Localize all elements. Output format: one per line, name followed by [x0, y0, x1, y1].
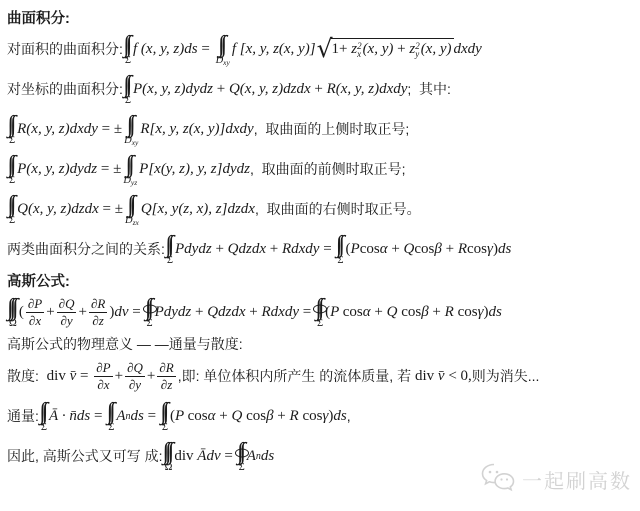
- math-italic: R: [445, 304, 458, 321]
- math-fraction: ∂R∂z: [157, 361, 175, 392]
- math-italic: dv: [114, 304, 128, 321]
- integral-operator: ∫∫Σ: [9, 114, 15, 145]
- integral-stroke-icon: ∫: [107, 401, 114, 424]
- math-italic: P: [330, 304, 343, 321]
- integral-operator: ∫∫Σ: [239, 441, 245, 472]
- formula-coordinate-surface-integral: 对坐标的曲面积分:∫∫ΣP(x, y, z)dydz + Q(x, y, z)d…: [7, 69, 634, 109]
- text-run: 高斯公式:: [7, 270, 70, 291]
- math-roman: +: [78, 304, 86, 321]
- formula-gauss: ∫∫∫Ω(∂P∂x+∂Q∂y+∂R∂z)dv = ∫∫ΣPdydz + Qdzd…: [7, 292, 634, 332]
- formula-divergence: 散度: div v̄ = ∂P∂x+∂Q∂y+∂R∂z,即: 单位体积内所产生 …: [7, 356, 634, 396]
- math-roman: = ±: [98, 121, 122, 138]
- text-run: 高斯公式的物理意义 — —通量与散度:: [7, 334, 243, 354]
- text-run: 因此, 高斯公式又可写 成:: [7, 446, 163, 466]
- integral-operator: ∫∫Dzx: [125, 194, 139, 225]
- integral-operator: ∫∫Σ: [167, 234, 173, 265]
- integral-stroke-icon: ∫: [8, 114, 15, 137]
- math-roman: +: [219, 408, 231, 425]
- math-roman: =: [198, 41, 214, 58]
- watermark-label: 一起刷高数: [522, 465, 632, 494]
- math-roman: =: [90, 408, 106, 425]
- math-italic: R[x, y, z(x, y)]dxdy: [140, 121, 253, 138]
- math-fraction: ∂P∂x: [26, 297, 44, 328]
- math-roman: =: [221, 448, 237, 465]
- math-italic: (x, y): [363, 41, 394, 58]
- text-run: 两类曲面积分之间的关系:: [7, 239, 165, 259]
- fraction-numerator: ∂R: [157, 361, 175, 377]
- fraction-denominator: ∂x: [97, 377, 109, 392]
- math-italic: v̄: [438, 368, 445, 385]
- integral-operator: ∫∫Dxy: [216, 34, 230, 65]
- integral-operator: ∫∫Σ: [337, 234, 343, 265]
- text-run: 通量:: [7, 406, 39, 426]
- math-italic: ds: [131, 408, 144, 425]
- math-roman: div: [47, 368, 70, 385]
- math-italic: Pdydz: [175, 241, 212, 258]
- text-run: 对面积的曲面积分:: [7, 39, 123, 59]
- integral-glyph-icon: ∫∫: [10, 154, 14, 177]
- math-roman: =: [128, 304, 144, 321]
- integral-stroke-icon: ∫: [127, 114, 134, 137]
- text-run: ,: [347, 408, 351, 424]
- integral-stroke-icon: ∫: [163, 441, 170, 464]
- math-italic: v̄: [70, 368, 77, 385]
- math-italic: Rdxdy: [262, 304, 299, 321]
- integral-glyph-icon: ∫∫: [109, 401, 113, 424]
- integral-stroke-icon: ∫: [218, 34, 225, 57]
- math-sup-sub-stack: 2x: [357, 42, 362, 58]
- math-italic: α: [208, 408, 220, 425]
- integral-stroke-icon: ∫: [160, 401, 167, 424]
- math-italic: Qdzdx: [207, 304, 245, 321]
- integral-operator: ∫∫Σ: [41, 401, 47, 432]
- math-roman: (: [19, 304, 24, 321]
- fraction-numerator: ∂P: [26, 297, 44, 313]
- document-body: 曲面积分:对面积的曲面积分:∫∫Σf (x, y, z)ds = ∫∫Dxyf …: [0, 0, 640, 511]
- math-italic: Q[x, y(z, x), z]dzdx: [141, 201, 255, 218]
- math-italic: α: [380, 241, 392, 258]
- math-roman: +: [191, 304, 207, 321]
- integral-glyph-icon: ∫∫∫: [168, 441, 170, 464]
- math-italic: ds: [261, 448, 274, 465]
- integral-operator: ∫∫Σ: [125, 34, 131, 65]
- math-roman: div: [415, 368, 438, 385]
- integral-glyph-icon: ∫∫: [126, 34, 130, 57]
- text-run: 对坐标的曲面积分:: [7, 79, 123, 99]
- math-roman: div: [174, 448, 197, 465]
- formula-flux: 通量:∫∫ΣĀ · n̄ds = ∫∫ΣAnds = ∫∫Σ(P cosα + …: [7, 396, 634, 436]
- math-subscript: x: [357, 50, 361, 58]
- formula-area-surface-integral: 对面积的曲面积分:∫∫Σf (x, y, z)ds = ∫∫Dxyf [x, y…: [7, 29, 634, 69]
- math-italic: Q(x, y, z)dzdx: [17, 201, 99, 218]
- math-italic: ds: [498, 241, 511, 258]
- math-italic: f (x, y, z)ds: [133, 41, 198, 58]
- integral-limit-subscript: zx: [133, 218, 139, 227]
- math-italic: β: [434, 241, 445, 258]
- integral-operator: ∫∫Σ: [146, 297, 152, 328]
- math-roman: +: [277, 408, 289, 425]
- integral-glyph-icon: ∫∫: [129, 114, 133, 137]
- math-italic: P: [175, 408, 188, 425]
- math-roman: =: [319, 241, 335, 258]
- formula-r-dxdy-upper-side: ∫∫ΣR(x, y, z)dxdy = ±∫∫DxyR[x, y, z(x, y…: [7, 109, 634, 149]
- closed-contour-circle-icon: [143, 304, 157, 313]
- math-italic: Ā · n̄ds: [49, 408, 90, 425]
- integral-operator: ∫∫Σ: [317, 297, 323, 328]
- math-roman: 1+: [332, 41, 352, 58]
- closed-contour-circle-icon: [313, 304, 327, 313]
- integral-operator: ∫∫Σ: [108, 401, 114, 432]
- math-roman: +: [432, 304, 444, 321]
- math-italic: P: [351, 241, 360, 258]
- math-roman: +: [446, 241, 458, 258]
- fraction-denominator: ∂y: [129, 377, 141, 392]
- text-run: ,即: 单位体积内所产生 的流体质量, 若: [178, 366, 415, 386]
- integral-operator: ∫∫Σ: [9, 194, 15, 225]
- math-italic: R(x, y, z)dxdy: [17, 121, 98, 138]
- integral-operator: ∫∫∫Ω: [165, 441, 173, 472]
- math-italic: P[x(y, z), y, z]dydz: [139, 161, 250, 178]
- integral-glyph-icon: ∫∫: [147, 297, 151, 320]
- math-roman: cos: [188, 408, 208, 425]
- integral-operator: ∫∫Dyz: [123, 154, 137, 185]
- math-italic: Pdydz: [155, 304, 192, 321]
- fraction-numerator: ∂R: [89, 297, 107, 313]
- integral-glyph-icon: ∫∫: [168, 234, 172, 257]
- math-roman: +: [374, 304, 386, 321]
- math-italic: A: [116, 408, 125, 425]
- fraction-numerator: ∂Q: [125, 361, 145, 377]
- heading-surface-integrals: 曲面积分:: [7, 6, 634, 29]
- integral-glyph-icon: ∫∫: [42, 401, 46, 424]
- math-roman: +: [393, 41, 409, 58]
- fraction-numerator: ∂Q: [57, 297, 77, 313]
- math-roman: cos: [343, 304, 363, 321]
- math-italic: dxdy: [454, 41, 482, 58]
- integral-stroke-icon: ∫: [7, 297, 14, 320]
- math-roman: cos: [246, 408, 266, 425]
- math-roman: +: [391, 241, 403, 258]
- math-roman: cos: [467, 241, 487, 258]
- math-roman: +: [115, 368, 123, 385]
- integral-glyph-icon: ∫∫: [338, 234, 342, 257]
- math-italic: β: [266, 408, 277, 425]
- math-italic: Q: [387, 304, 402, 321]
- math-roman: =: [76, 368, 92, 385]
- integral-glyph-icon: ∫∫: [128, 154, 132, 177]
- math-roman: cos: [360, 241, 380, 258]
- math-roman: +: [246, 304, 262, 321]
- math-roman: =: [144, 408, 160, 425]
- math-fraction: ∂Q∂y: [125, 361, 145, 392]
- math-fraction: ∂R∂z: [89, 297, 107, 328]
- integral-stroke-icon: ∫: [123, 34, 130, 57]
- fraction-denominator: ∂x: [29, 313, 41, 328]
- formula-relation-between-two-types: 两类曲面积分之间的关系:∫∫ΣPdydz + Qdzdx + Rdxdy = ∫…: [7, 229, 634, 269]
- text-run: 曲面积分:: [7, 7, 70, 28]
- math-roman: cos: [458, 304, 478, 321]
- math-italic: A: [247, 448, 256, 465]
- math-fraction: ∂Q∂y: [57, 297, 77, 328]
- math-italic: P(x, y, z)dydz: [133, 81, 213, 98]
- text-gauss-physical-meaning: 高斯公式的物理意义 — —通量与散度:: [7, 332, 634, 356]
- integral-stroke-icon: ∫: [8, 194, 15, 217]
- text-run: , 取曲面的右侧时取正号。: [255, 199, 421, 219]
- heading-gauss-formula: 高斯公式:: [7, 269, 634, 292]
- math-roman: +: [213, 81, 229, 98]
- integral-glyph-icon: ∫∫: [130, 194, 134, 217]
- integral-operator: ∫∫Σ: [125, 74, 131, 105]
- math-italic: Ādv: [197, 448, 220, 465]
- math-roman: cos: [401, 304, 421, 321]
- text-run: 散度:: [7, 366, 47, 386]
- integral-operator: ∫∫Σ: [162, 401, 168, 432]
- integral-glyph-icon: ∫∫: [126, 74, 130, 97]
- math-italic: Q: [404, 241, 415, 258]
- math-roman: +: [147, 368, 155, 385]
- fraction-denominator: ∂y: [60, 313, 72, 328]
- math-subscript: y: [415, 50, 419, 58]
- watermark: 一起刷高数: [480, 462, 632, 497]
- integral-glyph-icon: ∫∫: [10, 114, 14, 137]
- math-italic: Rdxdy: [282, 241, 319, 258]
- math-italic: (x, y): [421, 41, 452, 58]
- text-run: 则为消失...: [472, 366, 540, 386]
- math-roman: = ±: [99, 201, 123, 218]
- integral-limit-subscript: xy: [132, 138, 139, 147]
- math-square-root: √1+ z2x(x, y) + z2y(x, y): [317, 37, 454, 61]
- fraction-denominator: ∂z: [161, 377, 172, 392]
- integral-glyph-icon: ∫∫: [240, 441, 244, 464]
- text-run: , 取曲面的上侧时取正号;: [254, 119, 410, 139]
- math-roman: +: [266, 241, 282, 258]
- math-italic: Q: [231, 408, 246, 425]
- math-roman: cos: [302, 408, 322, 425]
- notes-lines: 曲面积分:对面积的曲面积分:∫∫Σf (x, y, z)ds = ∫∫Dxyf …: [7, 6, 634, 476]
- math-sup-sub-stack: 2y: [415, 42, 420, 58]
- formula-p-dydz-front-side: ∫∫ΣP(x, y, z)dydz = ±∫∫DyzP[x(y, z), y, …: [7, 149, 634, 189]
- integral-stroke-icon: ∫: [165, 234, 172, 257]
- formula-q-dzdx-right-side: ∫∫ΣQ(x, y, z)dzdx = ±∫∫DzxQ[x, y(z, x), …: [7, 189, 634, 229]
- math-fraction: ∂P∂x: [94, 361, 112, 392]
- math-italic: Q(x, y, z)dzdx: [229, 81, 311, 98]
- math-roman: cos: [414, 241, 434, 258]
- integral-stroke-icon: ∫: [336, 234, 343, 257]
- integral-stroke-icon: ∫: [126, 154, 133, 177]
- math-italic: R: [290, 408, 303, 425]
- integral-stroke-icon: ∫: [123, 74, 130, 97]
- math-italic: ds: [488, 304, 501, 321]
- math-italic: P(x, y, z)dydz: [17, 161, 97, 178]
- integral-limit-subscript: xy: [223, 58, 230, 67]
- integral-glyph-icon: ∫∫: [318, 297, 322, 320]
- integral-glyph-icon: ∫∫: [221, 34, 225, 57]
- math-italic: α: [363, 304, 375, 321]
- integral-glyph-icon: ∫∫: [163, 401, 167, 424]
- fraction-numerator: ∂P: [94, 361, 112, 377]
- math-roman: +: [311, 81, 327, 98]
- integral-stroke-icon: ∫: [127, 194, 134, 217]
- integral-glyph-icon: ∫∫: [10, 194, 14, 217]
- math-roman: +: [212, 241, 228, 258]
- math-roman: = ±: [97, 161, 121, 178]
- math-roman: < 0,: [445, 368, 472, 385]
- wechat-icon: [480, 462, 516, 497]
- integral-operator: ∫∫∫Ω: [9, 297, 17, 328]
- math-italic: β: [421, 304, 432, 321]
- math-roman: =: [299, 304, 315, 321]
- math-italic: R(x, y, z)dxdy: [327, 81, 408, 98]
- math-italic: R: [458, 241, 467, 258]
- integral-glyph-icon: ∫∫∫: [12, 297, 14, 320]
- text-run: ; 其中:: [407, 79, 451, 99]
- integral-limit-subscript: yz: [131, 178, 137, 187]
- closed-contour-circle-icon: [235, 448, 249, 457]
- integral-operator: ∫∫Σ: [9, 154, 15, 185]
- integral-stroke-icon: ∫: [39, 401, 46, 424]
- radicand: 1+ z2x(x, y) + z2y(x, y): [331, 38, 454, 58]
- math-italic: ds: [333, 408, 346, 425]
- integral-stroke-icon: ∫: [8, 154, 15, 177]
- math-roman: +: [46, 304, 54, 321]
- integral-operator: ∫∫Dxy: [124, 114, 138, 145]
- math-italic: Qdzdx: [228, 241, 266, 258]
- fraction-denominator: ∂z: [92, 313, 103, 328]
- text-run: , 取曲面的前侧时取正号;: [250, 159, 406, 179]
- math-italic: f [x, y, z(x, y)]: [232, 41, 316, 58]
